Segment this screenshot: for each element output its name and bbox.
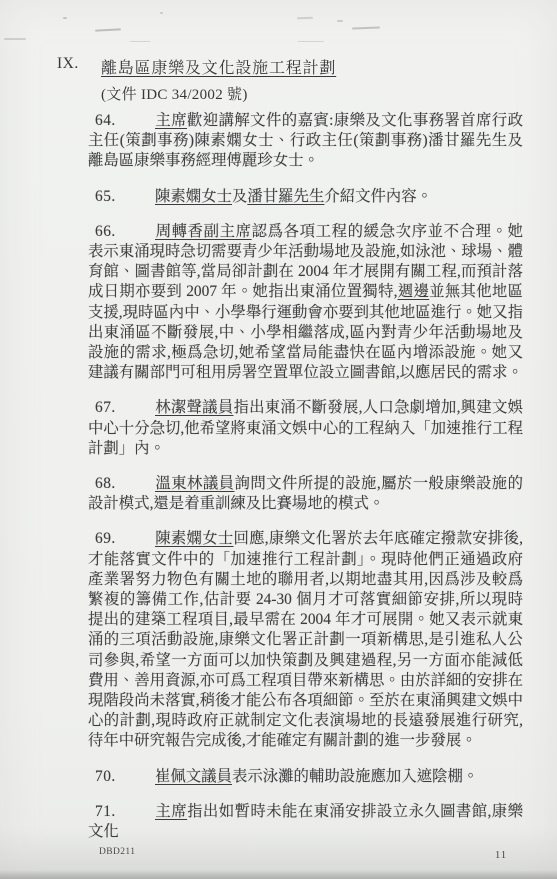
paragraph-text: 回應,康樂文化署於去年底確定撥款安排後,才能落實文件中的「加速推行工程計劃」。現… bbox=[88, 530, 523, 749]
minute-paragraph-71: 71.主席指出如暫時未能在東涌安排設立永久圖書館,康樂文化 bbox=[88, 802, 523, 842]
scan-artifact bbox=[63, 17, 67, 19]
underlined-speaker-name: 林潔聲議員 bbox=[155, 399, 233, 416]
minute-paragraph-70: 70.崔佩文議員表示泳灘的輔助設施應加入遮陰棚。 bbox=[88, 767, 523, 787]
section-title: 離島區康樂及文化設施工程計劃 bbox=[101, 55, 336, 78]
scanned-document-page: IX. 離島區康樂及文化設施工程計劃 (文件 IDC 34/2002 號) 64… bbox=[0, 0, 557, 879]
minute-paragraph-68: 68.溫東林議員詢問文件所提的設施,屬於一般康樂設施的設計模式,還是着重訓練及比… bbox=[88, 474, 523, 514]
scan-bottom-edge bbox=[0, 870, 557, 879]
paragraph-number: 68. bbox=[88, 474, 155, 494]
minute-paragraph-65: 65.陳素嫻女士及潘甘羅先生介紹文件內容。 bbox=[88, 187, 523, 207]
underlined-speaker-name: 週邊 bbox=[398, 283, 430, 300]
underlined-speaker-name: 陳素嫻女士 bbox=[155, 530, 233, 547]
paragraph-number: 69. bbox=[88, 529, 155, 549]
minutes-body: 64.主席歡迎講解文件的嘉賓:康樂及文化事務署首席行政主任(策劃事務)陳素嫻女士… bbox=[88, 111, 523, 857]
footer-doc-code: DBD211 bbox=[99, 847, 135, 857]
paragraph-text: 及 bbox=[232, 188, 247, 205]
minute-paragraph-67: 67.林潔聲議員指出東涌不斷發展,人口急劇增加,興建文娛中心十分急切,他希望將東… bbox=[88, 398, 523, 459]
section-number: IX. bbox=[57, 55, 101, 104]
minute-paragraph-69: 69.陳素嫻女士回應,康樂文化署於去年底確定撥款安排後,才能落實文件中的「加速推… bbox=[88, 529, 523, 751]
minute-paragraph-66: 66.周轉香副主席認爲各項工程的緩急次序並不合理。她表示東涌現時急切需要青少年活… bbox=[88, 222, 523, 384]
scan-artifact bbox=[352, 27, 380, 30]
underlined-speaker-name: 主席 bbox=[155, 112, 187, 129]
scan-artifact bbox=[337, 20, 343, 22]
footer-page-number: 11 bbox=[495, 850, 507, 861]
underlined-speaker-name: 溫東林議員 bbox=[155, 475, 235, 492]
section-heading-text: 離島區康樂及文化設施工程計劃 (文件 IDC 34/2002 號) bbox=[101, 55, 336, 104]
underlined-speaker-name: 周轉香副主席 bbox=[155, 223, 252, 240]
paragraph-text: 表示泳灘的輔助設施應加入遮陰棚。 bbox=[232, 768, 478, 785]
scan-artifact bbox=[95, 28, 121, 31]
scan-artifact bbox=[298, 41, 324, 42]
paragraph-number: 66. bbox=[88, 222, 155, 242]
underlined-speaker-name: 陳素嫻女士 bbox=[155, 188, 232, 205]
scan-artifact bbox=[297, 17, 313, 20]
paragraph-number: 70. bbox=[88, 767, 155, 787]
scan-artifact bbox=[4, 38, 26, 40]
underlined-speaker-name: 潘甘羅先生 bbox=[247, 188, 324, 205]
section-heading: IX. 離島區康樂及文化設施工程計劃 (文件 IDC 34/2002 號) bbox=[57, 55, 336, 104]
paragraph-number: 67. bbox=[88, 398, 155, 418]
scan-artifact bbox=[160, 12, 163, 14]
paragraph-number: 64. bbox=[88, 111, 155, 131]
minute-paragraph-64: 64.主席歡迎講解文件的嘉賓:康樂及文化事務署首席行政主任(策劃事務)陳素嫻女士… bbox=[88, 111, 523, 172]
underlined-speaker-name: 崔佩文議員 bbox=[155, 768, 232, 785]
paragraph-number: 71. bbox=[88, 802, 155, 822]
document-reference: (文件 IDC 34/2002 號) bbox=[101, 83, 336, 104]
underlined-speaker-name: 主席 bbox=[155, 803, 187, 820]
paragraph-number: 65. bbox=[88, 187, 155, 207]
scan-artifact bbox=[130, 41, 150, 42]
paragraph-text: 介紹文件內容。 bbox=[324, 188, 432, 205]
